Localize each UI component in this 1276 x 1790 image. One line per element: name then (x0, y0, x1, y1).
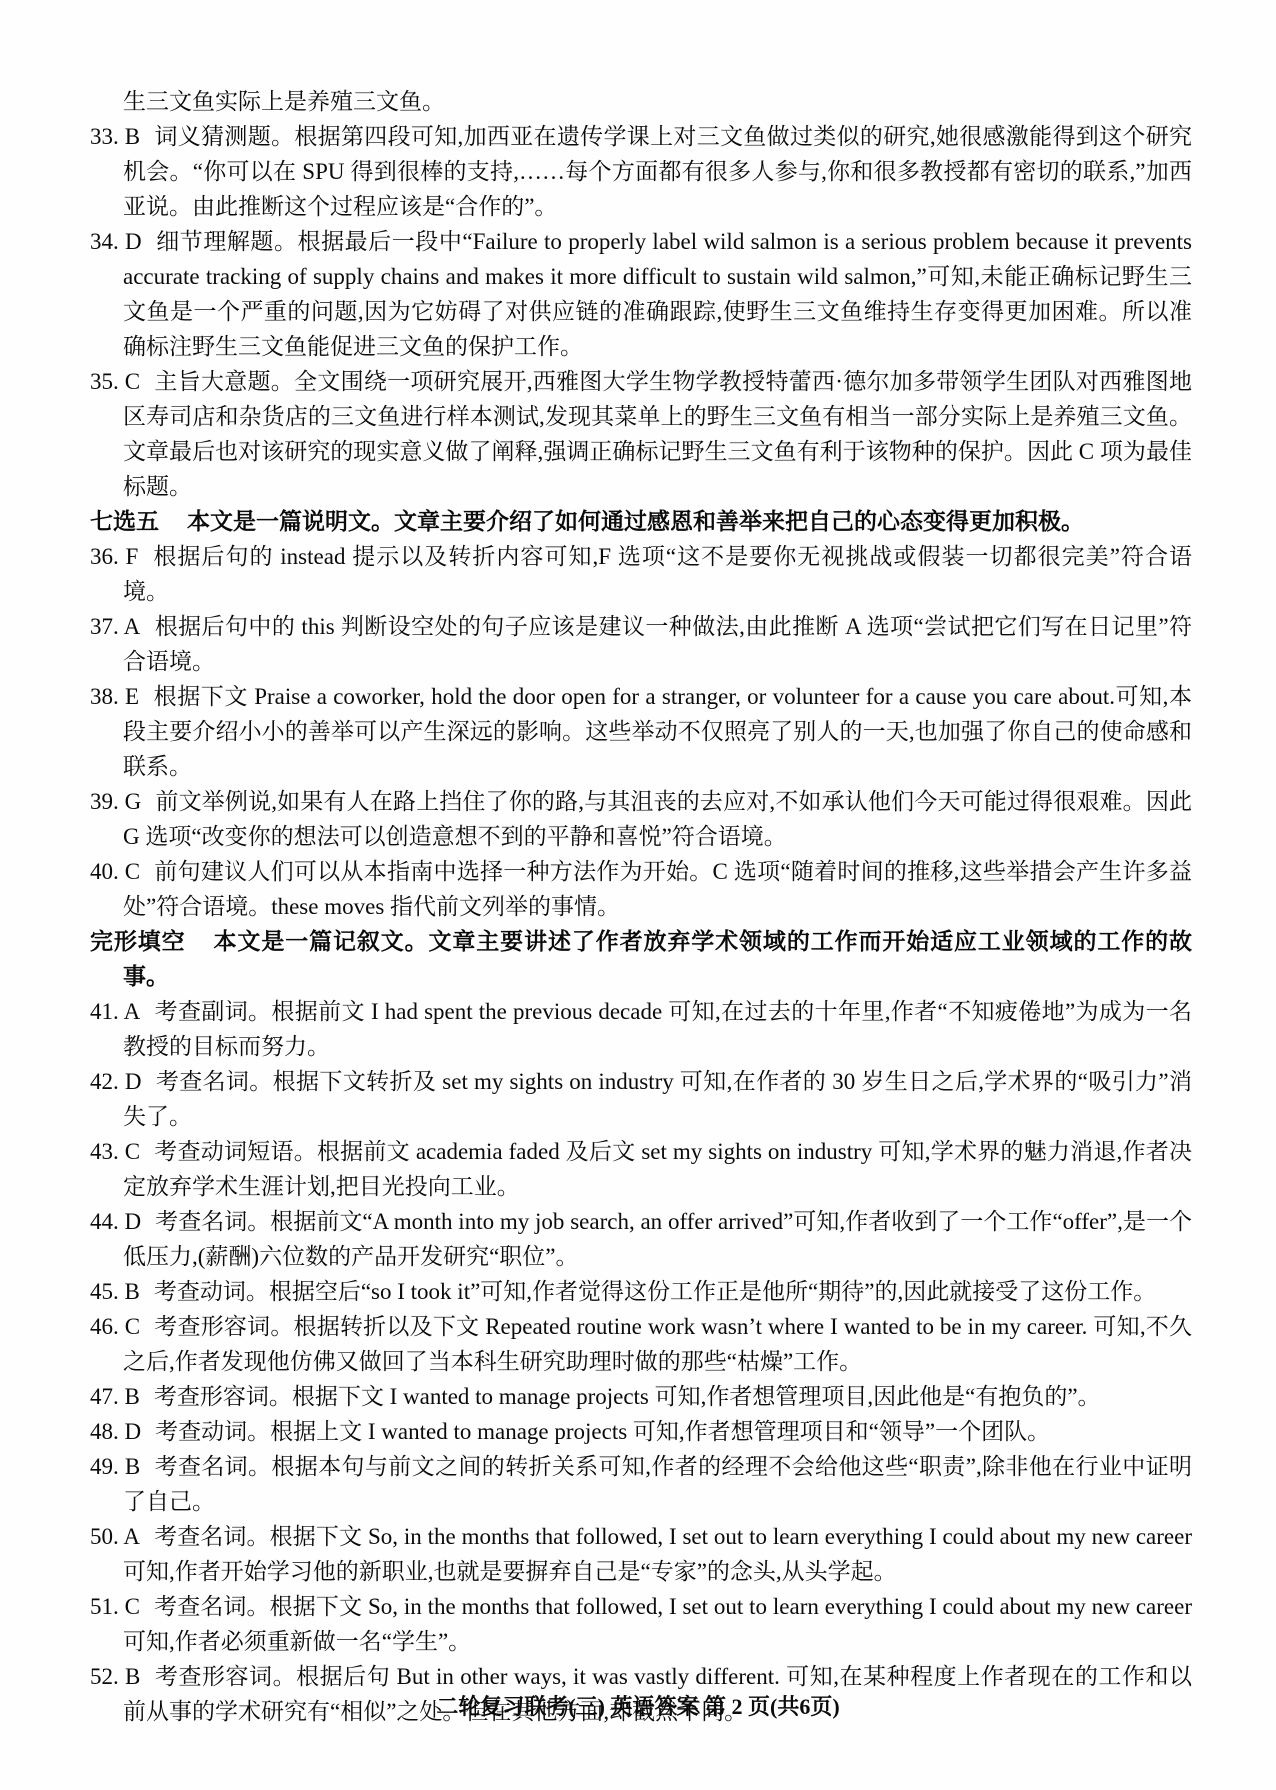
answer-item: 51. C考查名词。根据下文 So, in the months that fo… (90, 1589, 1192, 1659)
answer-item: 41. A考查副词。根据前文 I had spent the previous … (90, 994, 1192, 1064)
question-number-and-answer: 49. B (90, 1454, 140, 1479)
explanation-text: 前句建议人们可以从本指南中选择一种方法作为开始。C 选项“随着时间的推移,这些举… (123, 859, 1192, 919)
section-title: 七选五 (90, 509, 159, 534)
explanation-text: 根据后句中的 this 判断设空处的句子应该是建议一种做法,由此推断 A 选项“… (123, 614, 1192, 674)
question-number-and-answer: 36. F (90, 544, 138, 569)
question-number-and-answer: 40. C (90, 859, 140, 884)
question-number-and-answer: 43. C (90, 1139, 140, 1164)
answer-item: 43. C考查动词短语。根据前文 academia faded 及后文 set … (90, 1134, 1192, 1204)
answer-item: 33. B词义猜测题。根据第四段可知,加西亚在遗传学课上对三文鱼做过类似的研究,… (90, 119, 1192, 224)
answer-item: 38. E根据下文 Praise a coworker, hold the do… (90, 679, 1192, 784)
answer-item: 48. D考查动词。根据上文 I wanted to manage projec… (90, 1414, 1192, 1449)
question-number-and-answer: 33. B (90, 124, 140, 149)
answer-item: 34. D细节理解题。根据最后一段中“Failure to properly l… (90, 224, 1192, 364)
explanation-text: 主旨大意题。全文围绕一项研究展开,西雅图大学生物学教授特蕾西·德尔加多带领学生团… (123, 369, 1192, 499)
explanation-text: 考查动词短语。根据前文 academia faded 及后文 set my si… (123, 1139, 1192, 1199)
answer-item: 40. C前句建议人们可以从本指南中选择一种方法作为开始。C 选项“随着时间的推… (90, 854, 1192, 924)
answer-item: 50. A考查名词。根据下文 So, in the months that fo… (90, 1519, 1192, 1589)
explanation-text: 本文是一篇记叙文。文章主要讲述了作者放弃学术领域的工作而开始适应工业领域的工作的… (123, 929, 1192, 989)
answer-item: 39. G前文举例说,如果有人在路上挡住了你的路,与其沮丧的去应对,不如承认他们… (90, 784, 1192, 854)
answer-item: 44. D考查名词。根据前文“A month into my job searc… (90, 1204, 1192, 1274)
explanation-text: 考查动词。根据上文 I wanted to manage projects 可知… (155, 1419, 1050, 1444)
question-number-and-answer: 51. C (90, 1594, 140, 1619)
page-footer: 二轮复习联考(三) 英语答案 第 2 页(共6页) (0, 1692, 1276, 1722)
scanned-answer-key-page: 生三文鱼实际上是养殖三文鱼。 33. B词义猜测题。根据第四段可知,加西亚在遗传… (0, 0, 1276, 1790)
question-number-and-answer: 39. G (90, 789, 141, 814)
explanation-text: 考查形容词。根据转折以及下文 Repeated routine work was… (123, 1314, 1192, 1374)
question-number-and-answer: 48. D (90, 1419, 141, 1444)
explanation-text: 考查名词。根据下文转折及 set my sights on industry 可… (123, 1069, 1192, 1129)
question-number-and-answer: 35. C (90, 369, 140, 394)
explanation-text: 考查名词。根据下文 So, in the months that followe… (123, 1524, 1192, 1584)
question-number-and-answer: 41. A (90, 999, 140, 1024)
answer-item: 37. A根据后句中的 this 判断设空处的句子应该是建议一种做法,由此推断 … (90, 609, 1192, 679)
question-number-and-answer: 46. C (90, 1314, 140, 1339)
section-title: 完形填空 (90, 929, 186, 954)
question-number-and-answer: 50. A (90, 1524, 140, 1549)
question-number-and-answer: 37. A (90, 614, 140, 639)
explanation-text: 考查名词。根据前文“A month into my job search, an… (123, 1209, 1192, 1269)
answer-item: 46. C考查形容词。根据转折以及下文 Repeated routine wor… (90, 1309, 1192, 1379)
section-header: 完形填空本文是一篇记叙文。文章主要讲述了作者放弃学术领域的工作而开始适应工业领域… (90, 924, 1192, 994)
explanation-text: 词义猜测题。根据第四段可知,加西亚在遗传学课上对三文鱼做过类似的研究,她很感激能… (123, 124, 1192, 219)
explanation-text: 本文是一篇说明文。文章主要介绍了如何通过感恩和善举来把自己的心态变得更加积极。 (187, 509, 1084, 534)
question-number-and-answer: 44. D (90, 1209, 141, 1234)
answer-item: 35. C主旨大意题。全文围绕一项研究展开,西雅图大学生物学教授特蕾西·德尔加多… (90, 364, 1192, 504)
question-number-and-answer: 47. B (90, 1384, 140, 1409)
question-number-and-answer: 34. D (90, 229, 142, 254)
explanation-text: 细节理解题。根据最后一段中“Failure to properly label … (123, 229, 1192, 359)
question-number-and-answer: 38. E (90, 684, 139, 709)
explanation-text: 根据后句的 instead 提示以及转折内容可知,F 选项“这不是要你无视挑战或… (123, 544, 1192, 604)
answer-item: 45. B考查动词。根据空后“so I took it”可知,作者觉得这份工作正… (90, 1274, 1192, 1309)
explanation-text: 考查动词。根据空后“so I took it”可知,作者觉得这份工作正是他所“期… (154, 1279, 1156, 1304)
answers-list: 生三文鱼实际上是养殖三文鱼。 33. B词义猜测题。根据第四段可知,加西亚在遗传… (90, 84, 1192, 1729)
explanation-text: 考查形容词。根据下文 I wanted to manage projects 可… (154, 1384, 1101, 1409)
explanation-text: 生三文鱼实际上是养殖三文鱼。 (123, 89, 445, 114)
explanation-text: 考查名词。根据下文 So, in the months that followe… (123, 1594, 1192, 1654)
answer-item: 42. D考查名词。根据下文转折及 set my sights on indus… (90, 1064, 1192, 1134)
answer-item: 36. F根据后句的 instead 提示以及转折内容可知,F 选项“这不是要你… (90, 539, 1192, 609)
section-header: 七选五本文是一篇说明文。文章主要介绍了如何通过感恩和善举来把自己的心态变得更加积… (90, 504, 1192, 539)
question-number-and-answer: 45. B (90, 1279, 140, 1304)
answer-item: 47. B考查形容词。根据下文 I wanted to manage proje… (90, 1379, 1192, 1414)
question-number-and-answer: 42. D (90, 1069, 141, 1094)
answer-item: 49. B考查名词。根据本句与前文之间的转折关系可知,作者的经理不会给他这些“职… (90, 1449, 1192, 1519)
explanation-text: 考查副词。根据前文 I had spent the previous decad… (123, 999, 1192, 1059)
explanation-text: 考查名词。根据本句与前文之间的转折关系可知,作者的经理不会给他这些“职责”,除非… (123, 1454, 1192, 1514)
explanation-text: 根据下文 Praise a coworker, hold the door op… (123, 684, 1192, 779)
explanation-text: 前文举例说,如果有人在路上挡住了你的路,与其沮丧的去应对,不如承认他们今天可能过… (123, 789, 1192, 849)
question-number-and-answer: 52. B (90, 1664, 140, 1689)
continuation-line: 生三文鱼实际上是养殖三文鱼。 (90, 84, 1192, 119)
